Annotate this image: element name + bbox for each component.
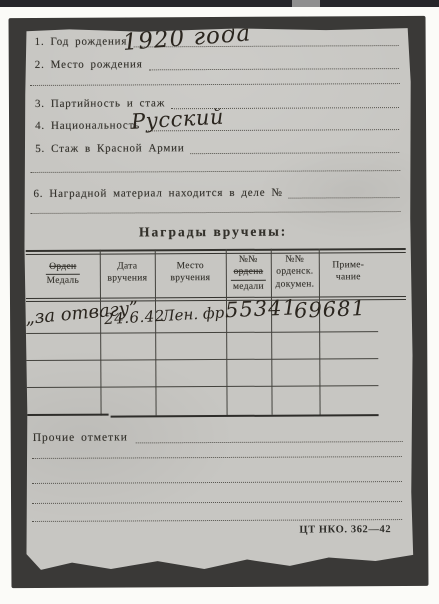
notes-rule-3 xyxy=(32,501,402,504)
notes-rule-4 xyxy=(32,519,402,522)
scanner-strip-gap xyxy=(292,0,320,7)
notes-rule-1 xyxy=(32,456,402,459)
scan-page-background: 1. Год рождения 2. Место рождения 3. Пар… xyxy=(0,0,439,604)
awards-presented-title: Награды вручены: xyxy=(24,223,403,241)
field-award-material-file: 6. Наградной материал находится в деле № xyxy=(33,185,399,200)
continuation-rule-3 xyxy=(31,211,401,214)
continuation-rule-1 xyxy=(30,83,400,86)
dotted-rule xyxy=(136,429,403,443)
table-bottom-rule xyxy=(111,414,379,417)
header-order-document-number: №№ орденск. докумен. xyxy=(271,253,319,290)
header-medal-number: №№ ордена медали xyxy=(226,254,271,293)
header-note: Приме- чание xyxy=(319,259,378,284)
handwriting-award-date: 24.6.42 xyxy=(104,307,166,328)
header-date-of-presentation: Дата вручения xyxy=(100,260,155,285)
form-code: ЦТ НКО. 362—42 xyxy=(299,524,391,535)
table-top-rule xyxy=(26,248,406,255)
other-notes-row: Прочие отметки xyxy=(33,429,403,444)
field-label: 4. Национальность xyxy=(35,119,146,132)
header-order-struck: Орден xyxy=(49,262,76,272)
field-label: 6. Наградной материал находится в деле № xyxy=(33,187,288,200)
notes-rule-2 xyxy=(32,481,402,484)
table-row-rule xyxy=(26,358,378,361)
handwriting-medal-number: 55341 xyxy=(225,295,298,322)
field-label: 2. Место рождения xyxy=(35,58,149,71)
table-bottom-rule xyxy=(27,414,109,416)
continuation-rule-2 xyxy=(30,170,400,173)
field-label: 1. Год рождения xyxy=(35,35,134,48)
dotted-rule xyxy=(191,140,400,154)
scanner-edge-strip xyxy=(0,0,439,7)
field-red-army-service: 5. Стаж в Красной Армии xyxy=(35,140,399,155)
award-record-form-paper: 1. Год рождения 2. Место рождения 3. Пар… xyxy=(23,27,415,576)
other-notes-label: Прочие отметки xyxy=(33,431,136,444)
header-medal: Медаль xyxy=(26,275,100,288)
dotted-rule xyxy=(149,56,399,70)
handwriting-document-number: 69681 xyxy=(294,296,367,323)
field-label: 5. Стаж в Красной Армии xyxy=(35,142,190,155)
header-place-of-presentation: Место вручения xyxy=(155,260,226,285)
document-card-backing: 1. Год рождения 2. Место рождения 3. Пар… xyxy=(9,16,429,588)
handwriting-year-of-birth: 1920 года xyxy=(122,20,252,56)
table-row-rule xyxy=(26,385,378,388)
header-order-medal: Орден Медаль xyxy=(26,261,100,288)
dotted-rule xyxy=(289,185,400,199)
table-row-rule xyxy=(26,331,378,334)
handwriting-award-place: Лен. фр. xyxy=(162,303,230,325)
field-place-of-birth: 2. Место рождения xyxy=(35,56,399,71)
